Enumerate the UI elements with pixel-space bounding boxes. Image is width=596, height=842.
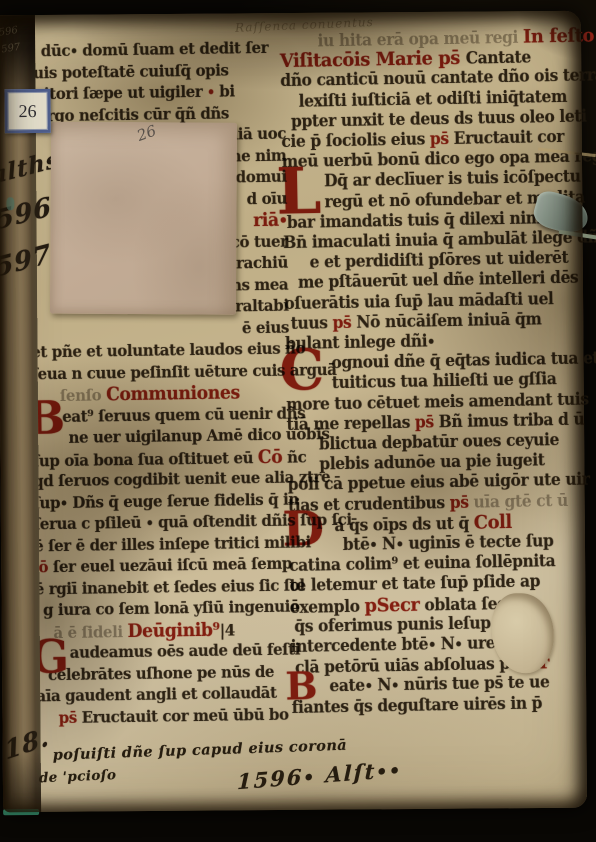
rubricated-initial: D: [282, 509, 324, 551]
manuscript-text-line: ſerua c pſileū ∙ quā oſtendit dñis ſup ſ…: [34, 511, 292, 534]
manuscript-text-line: celebrātes uſhone pe nūs de: [36, 661, 294, 684]
date-inscription: 1596∙ Alſt∙∙: [237, 756, 403, 794]
manuscript-text-line: qd ſeruos cogdibit uenit eue alia ztre: [33, 468, 291, 491]
manuscript-cover: 596 597 alths. 596 597. 18. Raſſenca con…: [0, 11, 587, 813]
manuscript-text-line: ſup∙ Dñs q̄ euge ſerue fidelis q̄ in: [33, 489, 291, 512]
manuscript-text-line: dūc∙ domū ſuam et dedit ſer: [27, 38, 285, 61]
green-paint-mark: [3, 809, 39, 815]
manuscript-text-line: ps̄ Eructauit cor meū ūbū bo: [37, 704, 295, 727]
patch-number-note: 26: [135, 121, 159, 144]
manuscript-text-line: ē rgiī inanebit et ſedes eius ſic ſol: [35, 575, 293, 598]
shelf-number-label: 26: [4, 89, 50, 133]
spine-faint-numbers: 596 597: [0, 22, 22, 58]
manuscript-text-line: audeamus oēs aude deū feſti: [36, 640, 294, 663]
manuscript-text-line: ē ſer ē der illes inſepe tritici milibi: [34, 532, 292, 555]
spine-faint-number: 597: [0, 39, 21, 59]
rubricated-initial: L: [276, 165, 322, 220]
shelf-number: 26: [19, 100, 37, 121]
manuscript-text-line: nitori ſæpe ut uigiler ∙ bi: [27, 81, 285, 104]
photo-background: 596 597 alths. 596 597. 18. Raſſenca con…: [0, 0, 596, 842]
manuscript-text-line: aīa gaudent angli et collaudāt: [36, 683, 294, 706]
book-spine: 596 597 alths. 596 597. 18.: [0, 15, 41, 812]
manuscript-text-line: uis poteſtatē cuiuſq̄ opis: [27, 59, 285, 82]
handwritten-note-line2: de ꞌpcioſo: [39, 767, 117, 786]
pasted-paper-patch: 26: [50, 122, 237, 315]
rubricated-initial: B: [285, 670, 318, 703]
manuscript-text-line: ſenſo Communiones: [32, 382, 290, 407]
manuscript-text-line: et pñe et uoluntate laudos eius ño: [31, 339, 289, 362]
green-pigment-spot: [6, 197, 14, 210]
manuscript-text-line: ē eius: [31, 317, 289, 340]
rubricated-initial: C: [279, 347, 324, 395]
manuscript-text-line: ſeua n cuue peſinſit uēture cuis arguā: [31, 360, 289, 383]
manuscript-text-line: g iura co ſem lonā yſiū ingenuiō: [35, 597, 293, 620]
manuscript-text-line: ne uer uigilanup Amē dico uobis: [32, 425, 290, 448]
manuscript-text-line: ō ſer euel uezāui iſcū meā ſemp: [34, 554, 292, 577]
manuscript-text-line: eat⁹ ſeruus quem cū uenir dñs: [32, 403, 290, 426]
spine-bottom-number: 18.: [3, 722, 51, 766]
